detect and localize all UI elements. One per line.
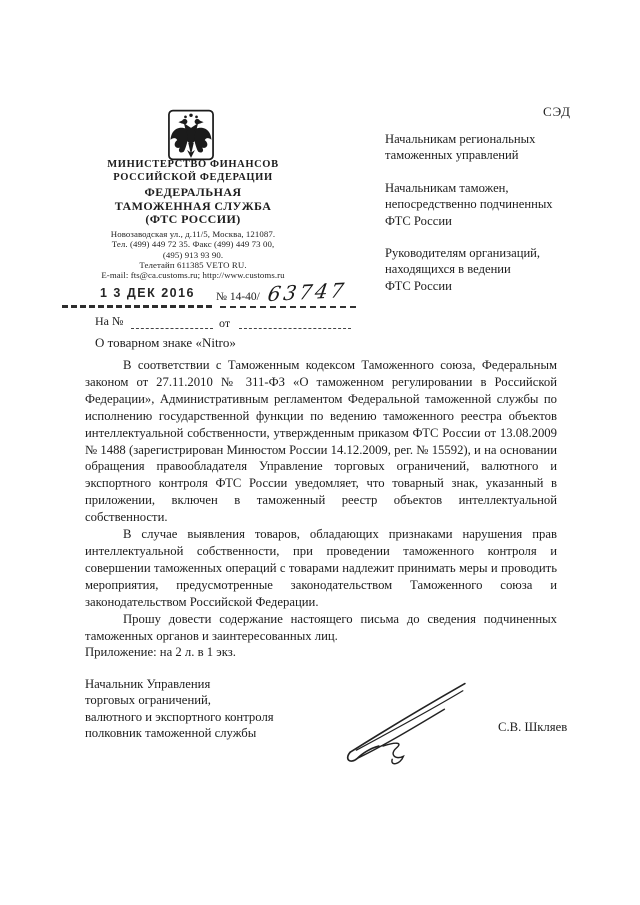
letter-body: В соответствии с Таможенным кодексом Там… (85, 357, 557, 661)
signer-name: С.В. Шкляев (498, 720, 567, 735)
ministry-name: МИНИСТЕРСТВО ФИНАНСОВ РОССИЙСКОЙ ФЕДЕРАЦ… (85, 159, 301, 184)
signer-position-line: валютного и экспортного контроля (85, 709, 274, 725)
addressee-line: Начальникам таможен, (385, 180, 610, 196)
addressee-line: Начальникам региональных (385, 131, 610, 147)
ministry-line-2: РОССИЙСКОЙ ФЕДЕРАЦИИ (85, 172, 301, 185)
agency-line-3: (ФТС РОССИИ) (85, 213, 301, 227)
address-line: Новозаводская ул., д.11/5, Москва, 12108… (85, 229, 301, 239)
phone-line: Тел. (499) 449 72 35. Факс (499) 449 73 … (85, 239, 301, 249)
addressee-line: непосредственно подчиненных (385, 196, 610, 212)
addressee-line: Руководителям организаций, (385, 245, 610, 261)
addressee-organization-heads: Руководителям организаций, находящихся в… (385, 245, 610, 294)
reference-number-blank (131, 328, 213, 329)
addressee-list: Начальникам региональных таможенных упра… (385, 131, 610, 310)
addressee-line: ФТС России (385, 278, 610, 294)
handwritten-signature (342, 678, 470, 766)
signer-position: Начальник Управления торговых ограничени… (85, 676, 274, 742)
date-stamp: 1 3 ДЕК 2016 (100, 286, 195, 300)
addressee-line: находящихся в ведении (385, 261, 610, 277)
addressee-regional-directorates: Начальникам региональных таможенных упра… (385, 131, 610, 164)
agency-line-1: ФЕДЕРАЛЬНАЯ (85, 186, 301, 200)
contact-info: Новозаводская ул., д.11/5, Москва, 12108… (85, 229, 301, 280)
number-underline (220, 306, 356, 308)
signer-position-line: полковник таможенной службы (85, 725, 274, 741)
attachment-note: Приложение: на 2 л. в 1 экз. (85, 644, 557, 661)
addressee-line: таможенных управлений (385, 147, 610, 163)
reference-ot-label: от (219, 316, 230, 331)
sed-system-label: СЭД (543, 104, 571, 120)
reference-na-label: На № (95, 314, 123, 329)
addressee-customs-heads: Начальникам таможен, непосредственно под… (385, 180, 610, 229)
ministry-line-1: МИНИСТЕРСТВО ФИНАНСОВ (85, 159, 301, 172)
body-paragraph-2: В случае выявления товаров, обладающих п… (85, 526, 557, 611)
teletype-line: Телетайп 611385 VETO RU. (85, 260, 301, 270)
agency-line-2: ТАМОЖЕННАЯ СЛУЖБА (85, 200, 301, 214)
body-paragraph-1: В соответствии с Таможенным кодексом Там… (85, 357, 557, 526)
agency-name: ФЕДЕРАЛЬНАЯ ТАМОЖЕННАЯ СЛУЖБА (ФТС РОССИ… (85, 186, 301, 227)
signer-position-line: Начальник Управления (85, 676, 274, 692)
outgoing-number-prefix: № 14-40/ (216, 291, 260, 303)
reference-date-blank (239, 328, 351, 329)
coat-of-arms-icon (167, 109, 215, 161)
subject-line: О товарном знаке «Nitro» (95, 335, 236, 351)
signer-position-line: торговых ограничений, (85, 692, 274, 708)
email-line: E-mail: fts@ca.customs.ru; http://www.cu… (85, 270, 301, 280)
date-underline (62, 305, 212, 308)
body-paragraph-3: Прошу довести содержание настоящего пись… (85, 611, 557, 645)
outgoing-number-handwritten: 63747 (266, 278, 348, 306)
addressee-line: ФТС России (385, 213, 610, 229)
phone-line-2: (495) 913 93 90. (85, 250, 301, 260)
